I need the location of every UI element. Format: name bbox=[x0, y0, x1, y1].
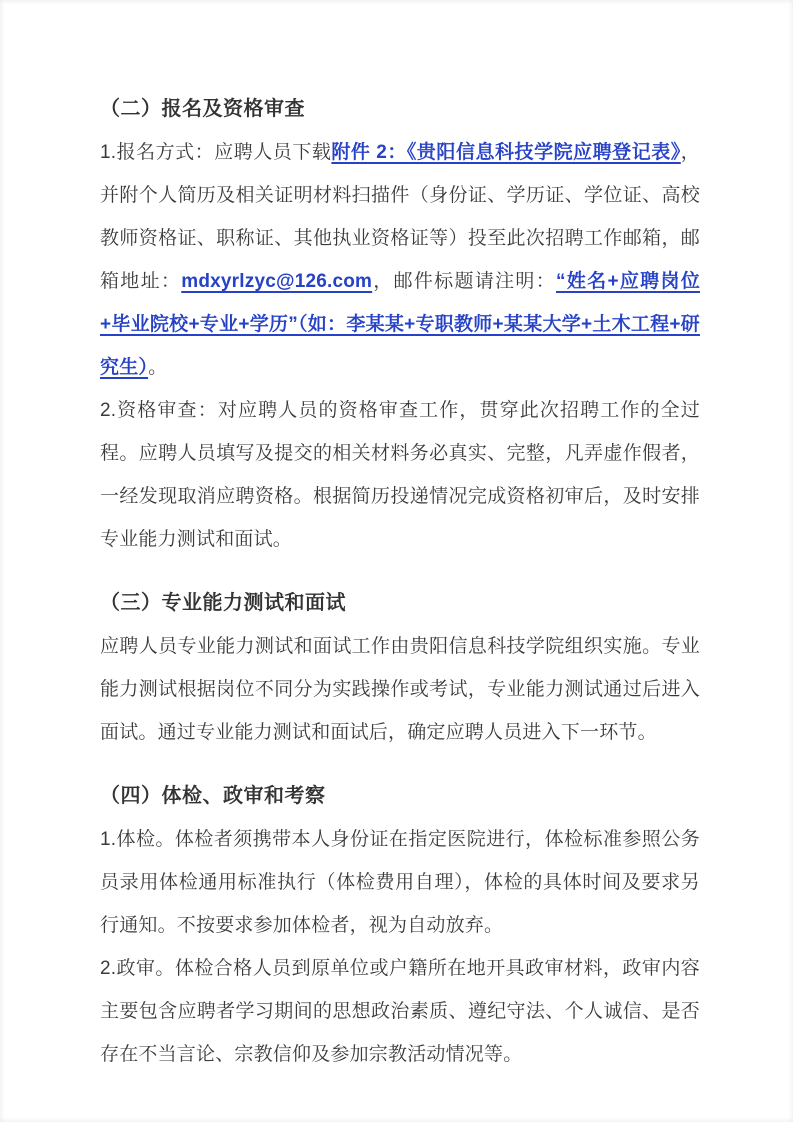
text-run: 1.报名方式：应聘人员下载 bbox=[100, 142, 331, 163]
text-run: 2.政审。体检合格人员到原单位或户籍所在地开具政审材料，政审内容主要包含应聘者学… bbox=[100, 958, 700, 1065]
text-run: 。 bbox=[148, 357, 167, 378]
section-heading: （二）报名及资格审查 bbox=[100, 88, 700, 131]
attachment-2-link[interactable]: 附件 2：《贵阳信息科技学院应聘登记表》 bbox=[331, 142, 680, 163]
document-section: （二）报名及资格审查1.报名方式：应聘人员下载附件 2：《贵阳信息科技学院应聘登… bbox=[100, 88, 700, 561]
document-page: （二）报名及资格审查1.报名方式：应聘人员下载附件 2：《贵阳信息科技学院应聘登… bbox=[0, 0, 793, 1122]
text-run: 应聘人员专业能力测试和面试工作由贵阳信息科技学院组织实施。专业能力测试根据岗位不… bbox=[100, 636, 700, 743]
email-link[interactable]: mdxyrlzyc@126.com bbox=[181, 271, 372, 292]
section-heading: （四）体检、政审和考察 bbox=[100, 775, 700, 818]
document-body: （二）报名及资格审查1.报名方式：应聘人员下载附件 2：《贵阳信息科技学院应聘登… bbox=[100, 88, 700, 1076]
paragraph: 1.体检。体检者须携带本人身份证在指定医院进行，体检标准参照公务员录用体检通用标… bbox=[100, 818, 700, 947]
text-run: 1.体检。体检者须携带本人身份证在指定医院进行，体检标准参照公务员录用体检通用标… bbox=[100, 829, 700, 936]
document-section: （四）体检、政审和考察1.体检。体检者须携带本人身份证在指定医院进行，体检标准参… bbox=[100, 775, 700, 1076]
paragraph: 2.政审。体检合格人员到原单位或户籍所在地开具政审材料，政审内容主要包含应聘者学… bbox=[100, 947, 700, 1076]
section-heading: （三）专业能力测试和面试 bbox=[100, 582, 700, 625]
text-run: ，并附个人简历及相关证明材料扫描件（身份证、学历证、学位证、高校教师资格证、职称… bbox=[100, 142, 700, 292]
document-section: （三）专业能力测试和面试应聘人员专业能力测试和面试工作由贵阳信息科技学院组织实施… bbox=[100, 582, 700, 754]
text-run: 2.资格审查：对应聘人员的资格审查工作，贯穿此次招聘工作的全过程。应聘人员填写及… bbox=[100, 400, 700, 550]
paragraph: 应聘人员专业能力测试和面试工作由贵阳信息科技学院组织实施。专业能力测试根据岗位不… bbox=[100, 625, 700, 754]
paragraph: 1.报名方式：应聘人员下载附件 2：《贵阳信息科技学院应聘登记表》，并附个人简历… bbox=[100, 131, 700, 389]
text-run: ，邮件标题请注明： bbox=[372, 271, 556, 292]
paragraph: 2.资格审查：对应聘人员的资格审查工作，贯穿此次招聘工作的全过程。应聘人员填写及… bbox=[100, 389, 700, 561]
